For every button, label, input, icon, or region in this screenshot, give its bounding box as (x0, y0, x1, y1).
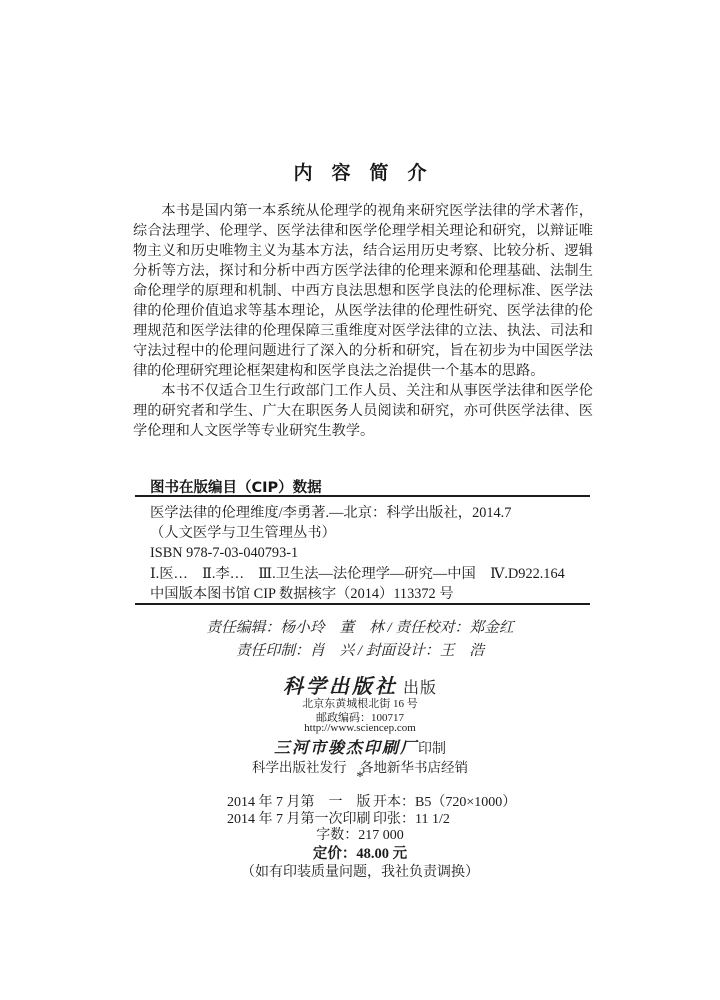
printer-logotype: 三河市骏杰印刷厂 (274, 740, 418, 757)
cip-series-line: （人文医学与卫生管理丛书） (150, 523, 590, 543)
quality-note: （如有印装质量问题，我社负责调换） (0, 861, 720, 881)
cip-header: 图书在版编目（CIP）数据 (150, 476, 322, 497)
cip-isbn-line: ISBN 978-7-03-040793-1 (150, 543, 590, 563)
cip-title-line: 医学法律的伦理维度/李勇著.—北京：科学出版社，2014.7 (150, 503, 590, 523)
book-copyright-page: { "title": "内 容 简 介", "intro": { "p1": "… (0, 0, 720, 1000)
credits-line-editors: 责任编辑：杨小玲 董 林 / 责任校对：郑金红 (0, 617, 720, 640)
intro-block: 本书是国内第一本系统从伦理学的视角来研究医学法律的学术著作，综合法理学、伦理学、… (133, 201, 593, 441)
printer-suffix: 印制 (418, 742, 446, 757)
page-title: 内 容 简 介 (0, 158, 720, 185)
edition-row-1: 2014 年 7 月第 一 版 开本：B5（720×1000） (0, 791, 720, 809)
separator-asterisk: * (0, 769, 720, 786)
price: 定价：48.00 元 (0, 842, 720, 863)
publisher-website: http://www.sciencep.com (0, 722, 720, 734)
cip-data-block: 医学法律的伦理维度/李勇著.—北京：科学出版社，2014.7 （人文医学与卫生管… (150, 503, 590, 604)
cip-record-line: 中国版本图书馆 CIP 数据核字（2014）113372 号 (150, 584, 590, 604)
credits-line-print-design: 责任印制：肖 兴 / 封面设计：王 浩 (0, 640, 720, 663)
word-count: 字数：217 000 (0, 824, 720, 844)
intro-paragraph-1: 本书是国内第一本系统从伦理学的视角来研究医学法律的学术著作，综合法理学、伦理学、… (133, 201, 593, 381)
cip-classification-line: Ⅰ.医… Ⅱ.李… Ⅲ.卫生法—法伦理学—研究—中国 Ⅳ.D922.164 (150, 564, 590, 584)
printer-line: 三河市骏杰印刷厂印制 (0, 735, 720, 758)
intro-paragraph-2: 本书不仅适合卫生行政部门工作人员、关注和从事医学法律和医学伦理的研究者和学生、广… (133, 381, 593, 441)
cip-divider-bottom (135, 603, 590, 605)
cip-divider-top (135, 495, 590, 497)
credits-block: 责任编辑：杨小玲 董 林 / 责任校对：郑金红 责任印制：肖 兴 / 封面设计：… (0, 617, 720, 663)
